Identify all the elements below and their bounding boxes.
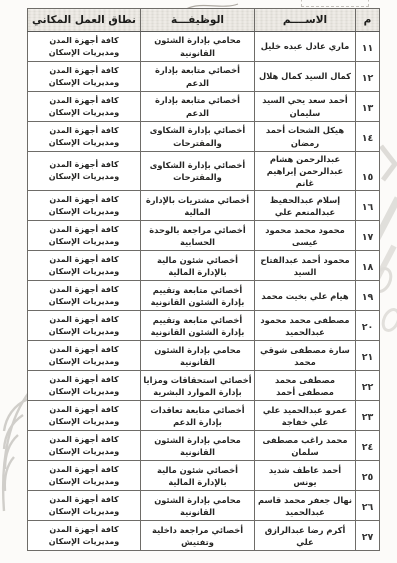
table-row: ٢٣ عمرو عبدالحميد علي علي خفاجة أخصائي م… — [28, 401, 380, 431]
cell-job: أخصائي متابعة بإدارة الدعم — [141, 62, 255, 92]
cell-name: مصطفى محمد محمود عبدالحميد — [255, 311, 356, 341]
header-name: الاســــم — [255, 9, 356, 32]
cell-number: ١٨ — [356, 251, 380, 281]
cell-job: أخصائي مراجعة بالوحدة الحسابية — [141, 221, 255, 251]
header-job: الوظيفـــة — [141, 9, 255, 32]
cell-number: ١١ — [356, 32, 380, 62]
cell-name: محمود أحمد عبدالفتاح السيد — [255, 251, 356, 281]
cell-scope: كافة أجهزة المدن ومديريات الإسكان — [28, 92, 141, 122]
table-row: ١١ ماري عادل عبده خليل محامي بإدارة الشئ… — [28, 32, 380, 62]
cell-job: أخصائي استحقاقات ومزايا بإدارة الموارد ا… — [141, 371, 255, 401]
cell-name: عمرو عبدالحميد علي علي خفاجة — [255, 401, 356, 431]
cell-scope: كافة أجهزة المدن ومديريات الإسكان — [28, 62, 141, 92]
table-row: ١٢ كمال السيد كمال هلال أخصائي متابعة بإ… — [28, 62, 380, 92]
cell-job: محامي بإدارة الشئون القانونية — [141, 341, 255, 371]
cell-job: أخصائي متابعة بإدارة الدعم — [141, 92, 255, 122]
table-row: ٢١ سارة مصطفى شوقي محمد محامي بإدارة الش… — [28, 341, 380, 371]
cell-number: ٢٧ — [356, 521, 380, 551]
cell-number: ٢٢ — [356, 371, 380, 401]
cell-number: ١٧ — [356, 221, 380, 251]
cell-name: أحمد عاطف شديد يونس — [255, 461, 356, 491]
scanned-document-page: م الاســــم الوظيفـــة نطاق العمل المكان… — [0, 0, 397, 563]
cell-scope: كافة أجهزة المدن ومديريات الإسكان — [28, 491, 141, 521]
cell-name: هيكل الشحات أحمد رمضان — [255, 122, 356, 152]
cell-scope: كافة أجهزة المدن ومديريات الإسكان — [28, 371, 141, 401]
cell-job: أخصائي مشتريات بالإدارة المالية — [141, 191, 255, 221]
cell-name: أكرم رضا عبدالرازق علي — [255, 521, 356, 551]
cell-name: إسلام عبدالحفيظ عبدالمنعم علي — [255, 191, 356, 221]
cell-scope: كافة أجهزة المدن ومديريات الإسكان — [28, 521, 141, 551]
cell-number: ١٥ — [356, 152, 380, 191]
table-row: ١٨ محمود أحمد عبدالفتاح السيد أخصائي شئو… — [28, 251, 380, 281]
table-row: ١٩ هيام علي بخيت محمد أخصائي متابعة وتقي… — [28, 281, 380, 311]
cell-scope: كافة أجهزة المدن ومديريات الإسكان — [28, 122, 141, 152]
table-row: ١٤ هيكل الشحات أحمد رمضان أخصائي بإدارة … — [28, 122, 380, 152]
cell-job: أخصائي شئون مالية بالإدارة المالية — [141, 251, 255, 281]
cell-name: كمال السيد كمال هلال — [255, 62, 356, 92]
cell-job: أخصائي متابعة وتقييم بإدارة الشئون القان… — [141, 311, 255, 341]
cell-job: أخصائي مراجعة داخلية وتفتيش — [141, 521, 255, 551]
cell-name: سارة مصطفى شوقي محمد — [255, 341, 356, 371]
cell-number: ٢١ — [356, 341, 380, 371]
cell-name: محمود محمد محمود عيسى — [255, 221, 356, 251]
cell-scope: كافة أجهزة المدن ومديريات الإسكان — [28, 431, 141, 461]
cell-scope: كافة أجهزة المدن ومديريات الإسكان — [28, 461, 141, 491]
cell-name: عبدالرحمن هشام عبدالرحمن إبراهيم غانم — [255, 152, 356, 191]
table-row: ٢٧ أكرم رضا عبدالرازق علي أخصائي مراجعة … — [28, 521, 380, 551]
table-row: ٢٤ محمد راغب مصطفى سلمان محامي بإدارة ال… — [28, 431, 380, 461]
cell-job: أخصائي بإدارة الشكاوى والمقترحات — [141, 152, 255, 191]
cell-number: ٢٥ — [356, 461, 380, 491]
table-row: ١٣ أحمد سعد يحي السيد سليمان أخصائي متاب… — [28, 92, 380, 122]
cell-scope: كافة أجهزة المدن ومديريات الإسكان — [28, 251, 141, 281]
cell-number: ١٩ — [356, 281, 380, 311]
cell-scope: كافة أجهزة المدن ومديريات الإسكان — [28, 32, 141, 62]
table-row: ١٥ عبدالرحمن هشام عبدالرحمن إبراهيم غانم… — [28, 152, 380, 191]
table-row: ١٦ إسلام عبدالحفيظ عبدالمنعم علي أخصائي … — [28, 191, 380, 221]
table-row: ٢٥ أحمد عاطف شديد يونس أخصائي شئون مالية… — [28, 461, 380, 491]
cell-name: مصطفى محمد مصطفى أحمد — [255, 371, 356, 401]
header-number: م — [356, 9, 380, 32]
cell-number: ٢٠ — [356, 311, 380, 341]
cell-name: ماري عادل عبده خليل — [255, 32, 356, 62]
cell-job: أخصائي شئون مالية بالإدارة المالية — [141, 461, 255, 491]
cell-number: ١٣ — [356, 92, 380, 122]
cell-scope: كافة أجهزة المدن ومديريات الإسكان — [28, 152, 141, 191]
cell-number: ٢٣ — [356, 401, 380, 431]
table-row: ٢٠ مصطفى محمد محمود عبدالحميد أخصائي متا… — [28, 311, 380, 341]
cell-job: أخصائي متابعة وتقييم بإدارة الشئون القان… — [141, 281, 255, 311]
cell-number: ١٦ — [356, 191, 380, 221]
cell-name: نهال جعفر محمد قاسم عبدالحميد — [255, 491, 356, 521]
cell-scope: كافة أجهزة المدن ومديريات الإسكان — [28, 401, 141, 431]
personnel-table: م الاســــم الوظيفـــة نطاق العمل المكان… — [27, 8, 380, 551]
personnel-table-body: ١١ ماري عادل عبده خليل محامي بإدارة الشئ… — [28, 32, 380, 551]
table-row: ٢٦ نهال جعفر محمد قاسم عبدالحميد محامي ب… — [28, 491, 380, 521]
cell-job: محامي بإدارة الشئون القانونية — [141, 32, 255, 62]
scan-artifact-dashed-box — [301, 0, 369, 7]
header-scope: نطاق العمل المكاني — [28, 9, 141, 32]
cell-scope: كافة أجهزة المدن ومديريات الإسكان — [28, 281, 141, 311]
cell-name: محمد راغب مصطفى سلمان — [255, 431, 356, 461]
cell-job: أخصائي متابعة تعاقدات بإدارة الدعم — [141, 401, 255, 431]
cell-scope: كافة أجهزة المدن ومديريات الإسكان — [28, 221, 141, 251]
cell-job: أخصائي بإدارة الشكاوى والمقترحات — [141, 122, 255, 152]
cell-number: ١٢ — [356, 62, 380, 92]
cell-number: ٢٦ — [356, 491, 380, 521]
cell-name: أحمد سعد يحي السيد سليمان — [255, 92, 356, 122]
cell-name: هيام علي بخيت محمد — [255, 281, 356, 311]
cell-scope: كافة أجهزة المدن ومديريات الإسكان — [28, 341, 141, 371]
cell-number: ٢٤ — [356, 431, 380, 461]
cell-scope: كافة أجهزة المدن ومديريات الإسكان — [28, 191, 141, 221]
table-row: ٢٢ مصطفى محمد مصطفى أحمد أخصائي استحقاقا… — [28, 371, 380, 401]
cell-job: محامي بإدارة الشئون القانونية — [141, 491, 255, 521]
cell-scope: كافة أجهزة المدن ومديريات الإسكان — [28, 311, 141, 341]
cell-job: محامي بإدارة الشئون القانونية — [141, 431, 255, 461]
table-header-row: م الاســــم الوظيفـــة نطاق العمل المكان… — [28, 9, 380, 32]
table-row: ١٧ محمود محمد محمود عيسى أخصائي مراجعة ب… — [28, 221, 380, 251]
cell-number: ١٤ — [356, 122, 380, 152]
